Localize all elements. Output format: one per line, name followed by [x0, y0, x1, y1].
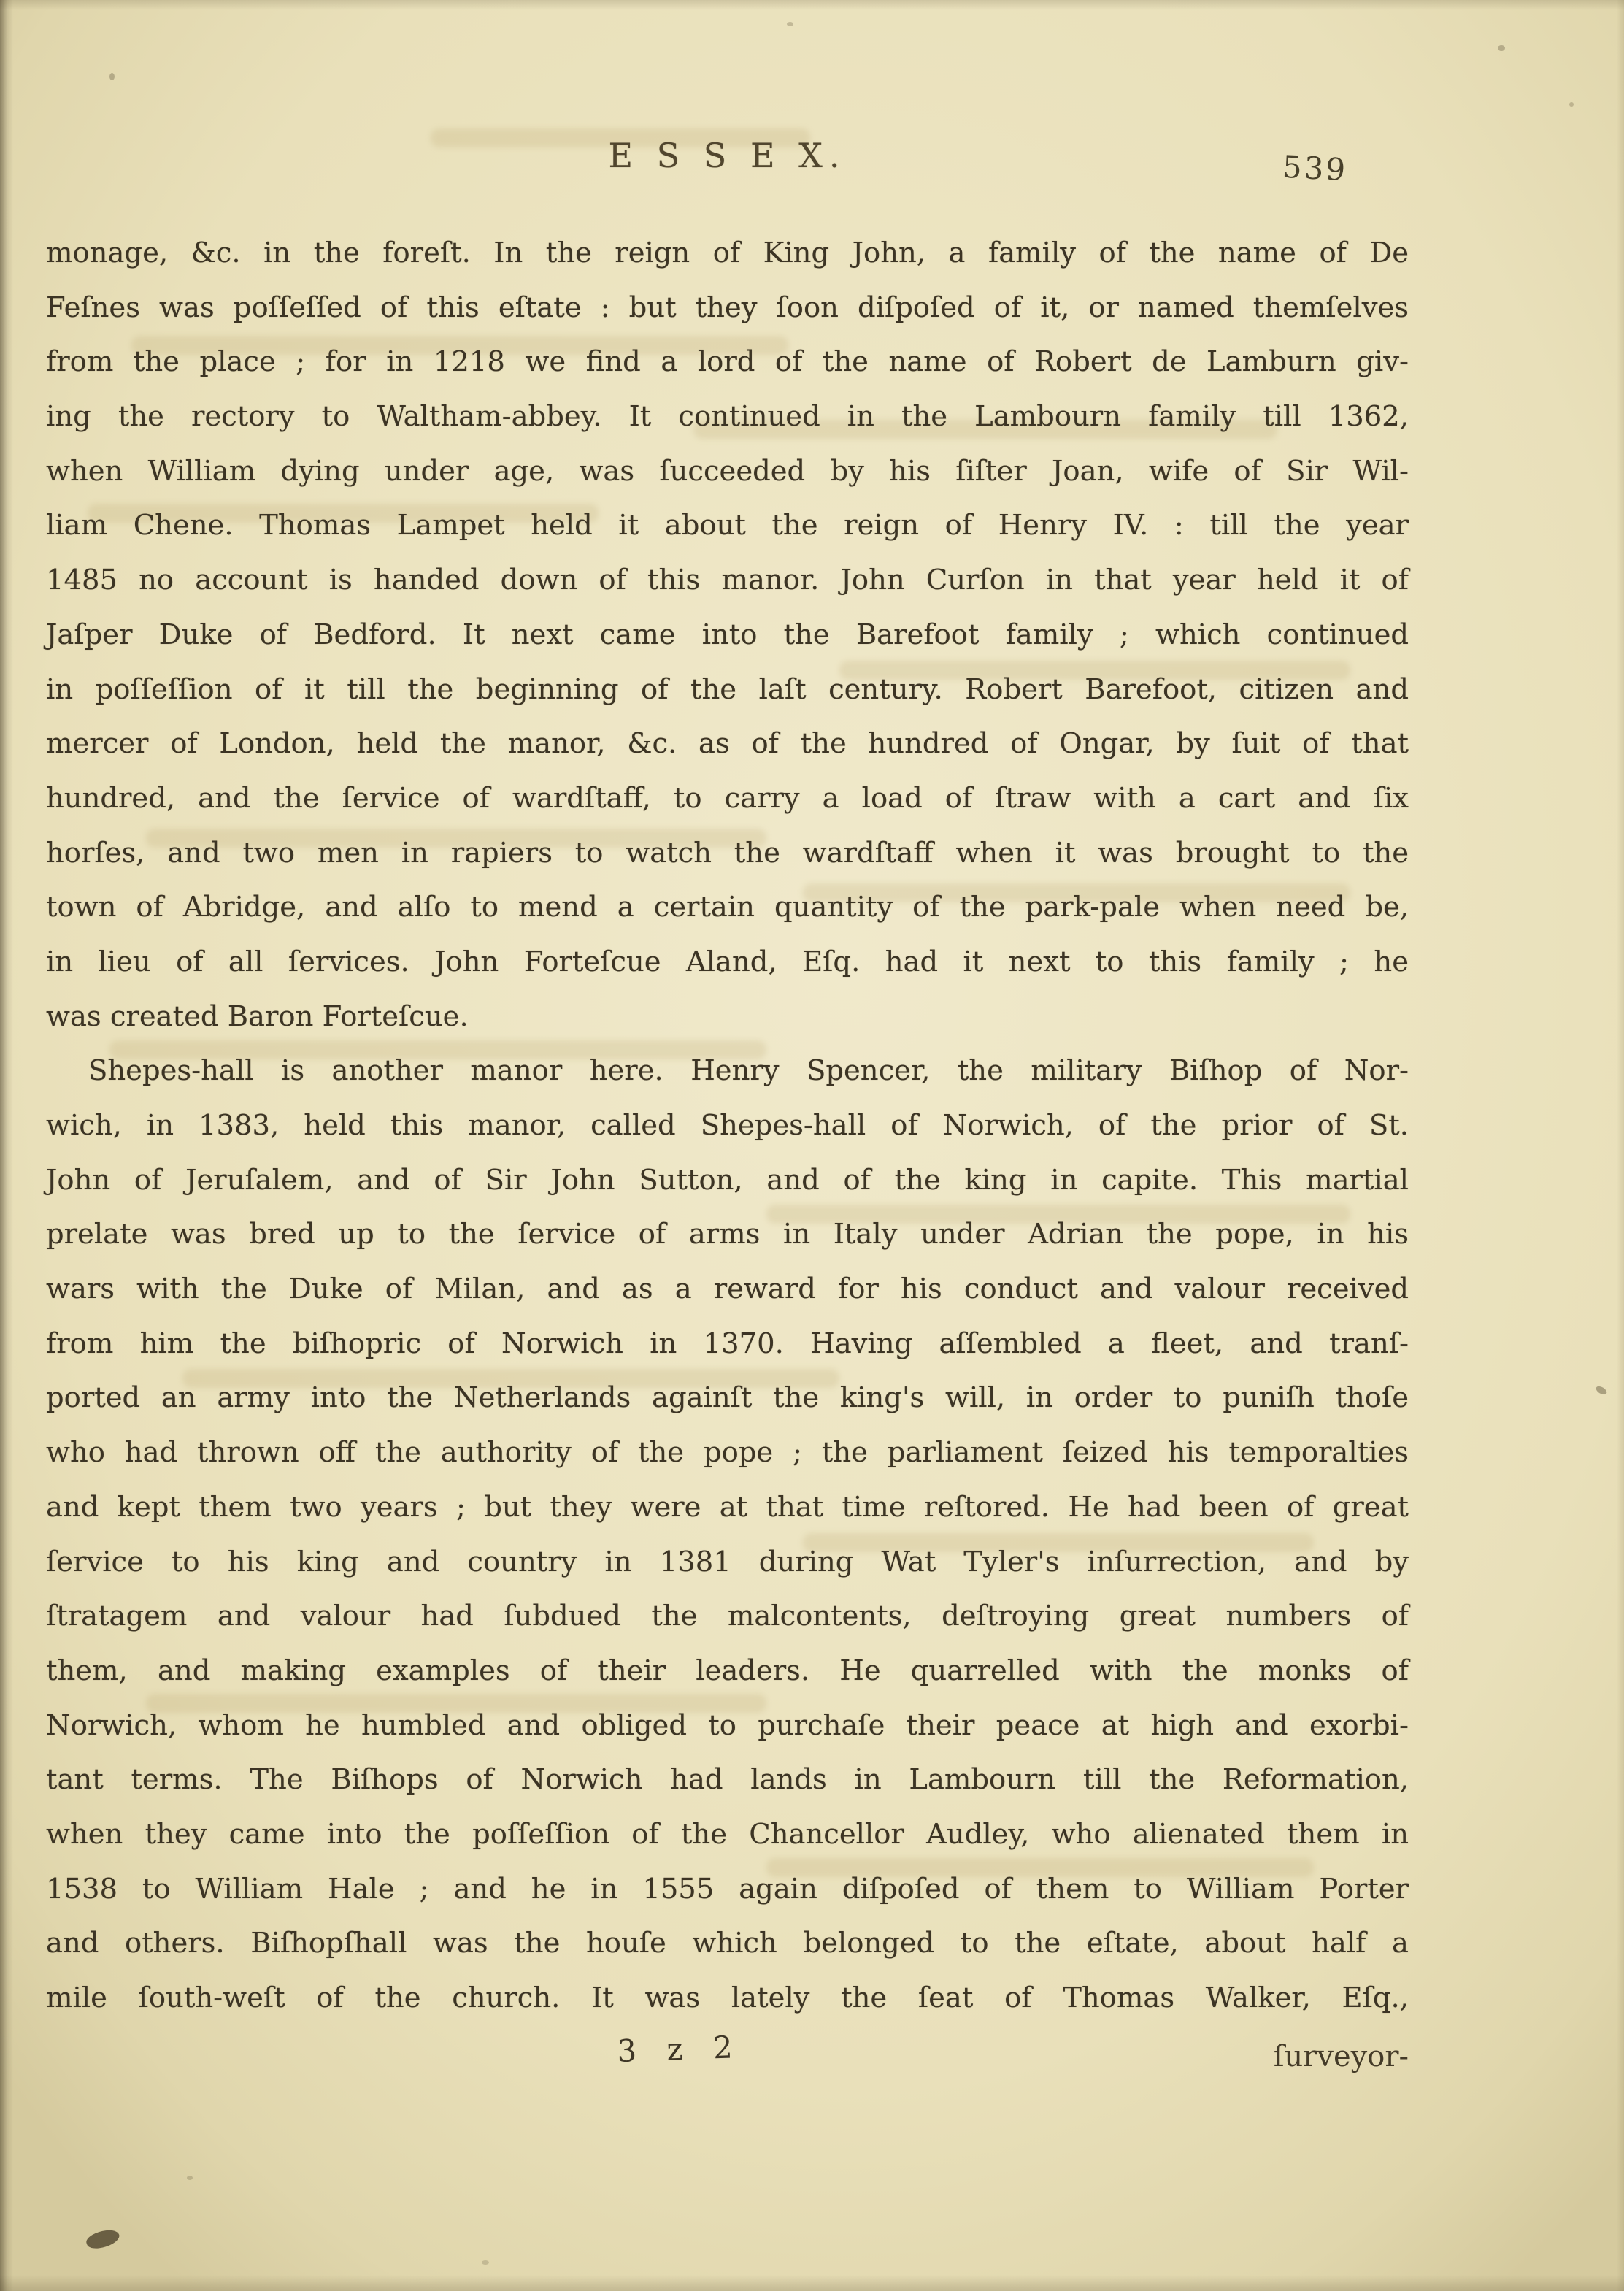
text-line: Shepes-hall is another manor here. Henry…	[46, 1044, 1409, 1099]
book-page: E S S E X. 539 monage, &c. in the foreſt…	[0, 0, 1624, 2291]
text-line: from the place ; for in 1218 we find a l…	[46, 335, 1409, 390]
text-line: John of Jeruſalem, and of Sir John Sutto…	[46, 1154, 1409, 1208]
text-line: wars with the Duke of Milan, and as a re…	[46, 1262, 1409, 1317]
text-line: 1485 no account is handed down of this m…	[46, 553, 1409, 608]
text-line: Feſnes was poſſeſſed of this eſtate : bu…	[46, 281, 1409, 336]
scan-edge-shadow	[0, 0, 13, 2291]
text-line: hundred, and the ſervice of wardſtaff, t…	[46, 772, 1409, 826]
text-line: Jaſper Duke of Bedford. It next came int…	[46, 608, 1409, 663]
text-line: tant terms. The Biſhops of Norwich had l…	[46, 1753, 1409, 1808]
page-footer: 3 z 2 ſurveyor-	[46, 2031, 1409, 2089]
scan-edge-shadow	[0, 0, 1624, 10]
scan-edge-shadow	[1617, 0, 1624, 2291]
text-line: mercer of London, held the manor, &c. as…	[46, 717, 1409, 772]
text-line: them, and making examples of their leade…	[46, 1644, 1409, 1699]
text-line: ſtratagem and valour had ſubdued the mal…	[46, 1589, 1409, 1644]
paper-speck	[109, 73, 115, 80]
text-line: ſervice to his king and country in 1381 …	[46, 1535, 1409, 1590]
paper-speck	[482, 2260, 489, 2265]
text-line: from him the biſhopric of Norwich in 137…	[46, 1317, 1409, 1372]
text-line: town of Abridge, and alſo to mend a cert…	[46, 880, 1409, 935]
page-number: 539	[1282, 149, 1349, 188]
text-line: when they came into the poſſeſſion of th…	[46, 1808, 1409, 1862]
text-line: in poſſeſſion of it till the beginning o…	[46, 663, 1409, 718]
text-line: wich, in 1383, held this manor, called S…	[46, 1099, 1409, 1154]
text-line: was created Baron Forteſcue.	[46, 990, 1409, 1045]
page-header: E S S E X. 539	[46, 136, 1409, 194]
text-line: ported an army into the Netherlands agai…	[46, 1371, 1409, 1426]
text-line: and others. Biſhopſhall was the houſe wh…	[46, 1916, 1409, 1971]
text-line: liam Chene. Thomas Lampet held it about …	[46, 499, 1409, 553]
catchword: ſurveyor-	[1274, 2040, 1409, 2073]
text-line: in lieu of all ſervices. John Forteſcue …	[46, 935, 1409, 990]
paper-speck	[187, 2176, 193, 2180]
ink-smudge	[85, 2226, 122, 2252]
text-line: horſes, and two men in rapiers to watch …	[46, 826, 1409, 881]
text-line: 1538 to William Hale ; and he in 1555 ag…	[46, 1862, 1409, 1917]
body-text: monage, &c. in the foreſt. In the reign …	[46, 226, 1409, 2026]
text-line: Norwich, whom he humbled and obliged to …	[46, 1699, 1409, 1754]
paper-speck	[1498, 45, 1505, 51]
paper-speck	[787, 22, 793, 26]
scan-edge-shadow	[0, 2275, 1624, 2291]
text-line: when William dying under age, was ſuccee…	[46, 445, 1409, 499]
text-line: prelate was bred up to the ſervice of ar…	[46, 1208, 1409, 1262]
text-line: ing the rectory to Waltham-abbey. It con…	[46, 390, 1409, 445]
text-line: and kept them two years ; but they were …	[46, 1481, 1409, 1535]
paper-speck	[1569, 102, 1574, 107]
text-line: who had thrown off the authority of the …	[46, 1426, 1409, 1481]
running-title: E S S E X.	[46, 136, 1409, 175]
paper-speck	[1595, 1385, 1608, 1397]
text-line: monage, &c. in the foreſt. In the reign …	[46, 226, 1409, 281]
